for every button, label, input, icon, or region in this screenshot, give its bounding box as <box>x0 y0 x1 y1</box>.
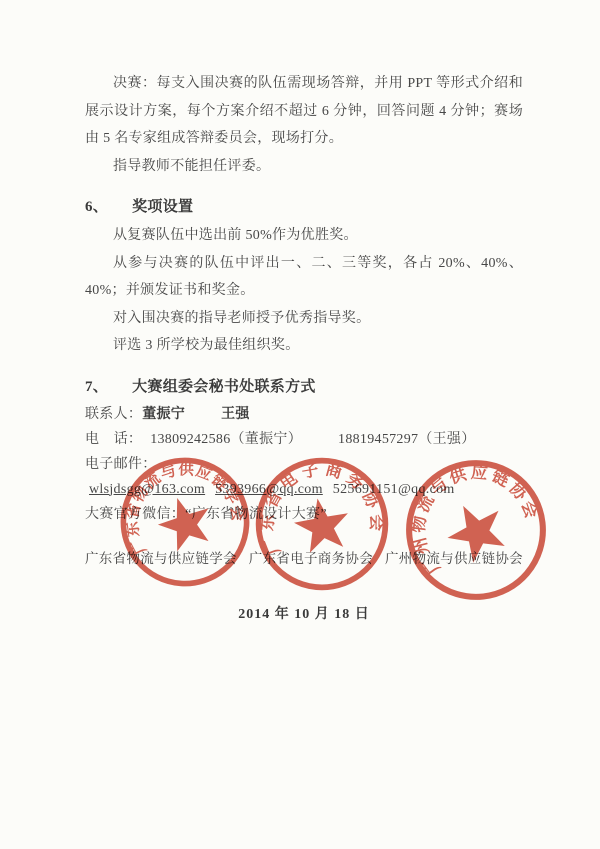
document-content: 决赛：每支入围决赛的队伍需现场答辩，并用 PPT 等形式介绍和展示设计方案，每个… <box>85 70 523 627</box>
organization-2: 广东省电子商务协会 <box>249 546 373 571</box>
wechat-line: 大赛官方微信：“广东省物流设计大赛” <box>85 502 523 527</box>
scanned-document-page: 决赛：每支入围决赛的队伍需现场答辩，并用 PPT 等形式介绍和展示设计方案，每个… <box>0 0 600 849</box>
section6-heading: 6、奖项设置 <box>85 194 523 221</box>
section7-title: 大赛组委会秘书处联系方式 <box>132 379 316 395</box>
finals-paragraph: 决赛：每支入围决赛的队伍需现场答辩，并用 PPT 等形式介绍和展示设计方案，每个… <box>85 70 523 153</box>
section7-heading: 7、大赛组委会秘书处联系方式 <box>85 374 523 401</box>
contact-person-line: 联系人：董振宁王强 <box>85 402 523 427</box>
contact-name-1: 董振宁 <box>142 407 185 422</box>
contact-name-2: 王强 <box>221 407 250 422</box>
email-address-2: 5393966@qq.com <box>215 482 323 497</box>
phone-number-1: 13809242586（董振宁） <box>150 432 302 447</box>
contact-block: 联系人：董振宁王强 电 话：13809242586（董振宁）1881945729… <box>85 402 523 527</box>
phone-label: 电 话： <box>85 432 142 447</box>
email-address-1: wlsjdsgg@163.com <box>89 482 205 497</box>
email-address-3: 525691151@qq.com <box>333 482 455 497</box>
email-label: 电子邮件： <box>85 457 157 472</box>
award-item-school: 评选 3 所学校为最佳组织奖。 <box>85 332 523 360</box>
phone-number-2: 18819457297（王强） <box>338 432 476 447</box>
award-item-grades: 从参与决赛的队伍中评出一、二、三等奖，各占 20%、40%、40%；并颁发证书和… <box>85 250 523 305</box>
phone-line: 电 话：13809242586（董振宁）18819457297（王强） <box>85 427 523 452</box>
section6-title: 奖项设置 <box>132 199 193 215</box>
contact-label: 联系人： <box>85 407 142 422</box>
award-item-advisor: 对入围决赛的指导老师授予优秀指导奖。 <box>85 305 523 333</box>
email-line: 电子邮件：wlsjdsgg@163.com5393966@qq.com52569… <box>85 452 523 502</box>
award-item-winner: 从复赛队伍中选出前 50%作为优胜奖。 <box>85 222 523 250</box>
date-line: 2014 年 10 月 18 日 <box>85 602 523 627</box>
section7-number: 7、 <box>85 374 108 401</box>
section6-number: 6、 <box>85 194 108 221</box>
organizations-line: 广东省物流与供应链学会 广东省电子商务协会 广州物流与供应链协会 <box>85 546 523 571</box>
organization-1: 广东省物流与供应链学会 <box>85 546 237 571</box>
organization-3: 广州物流与供应链协会 <box>385 546 523 571</box>
advisor-paragraph: 指导教师不能担任评委。 <box>85 153 523 181</box>
